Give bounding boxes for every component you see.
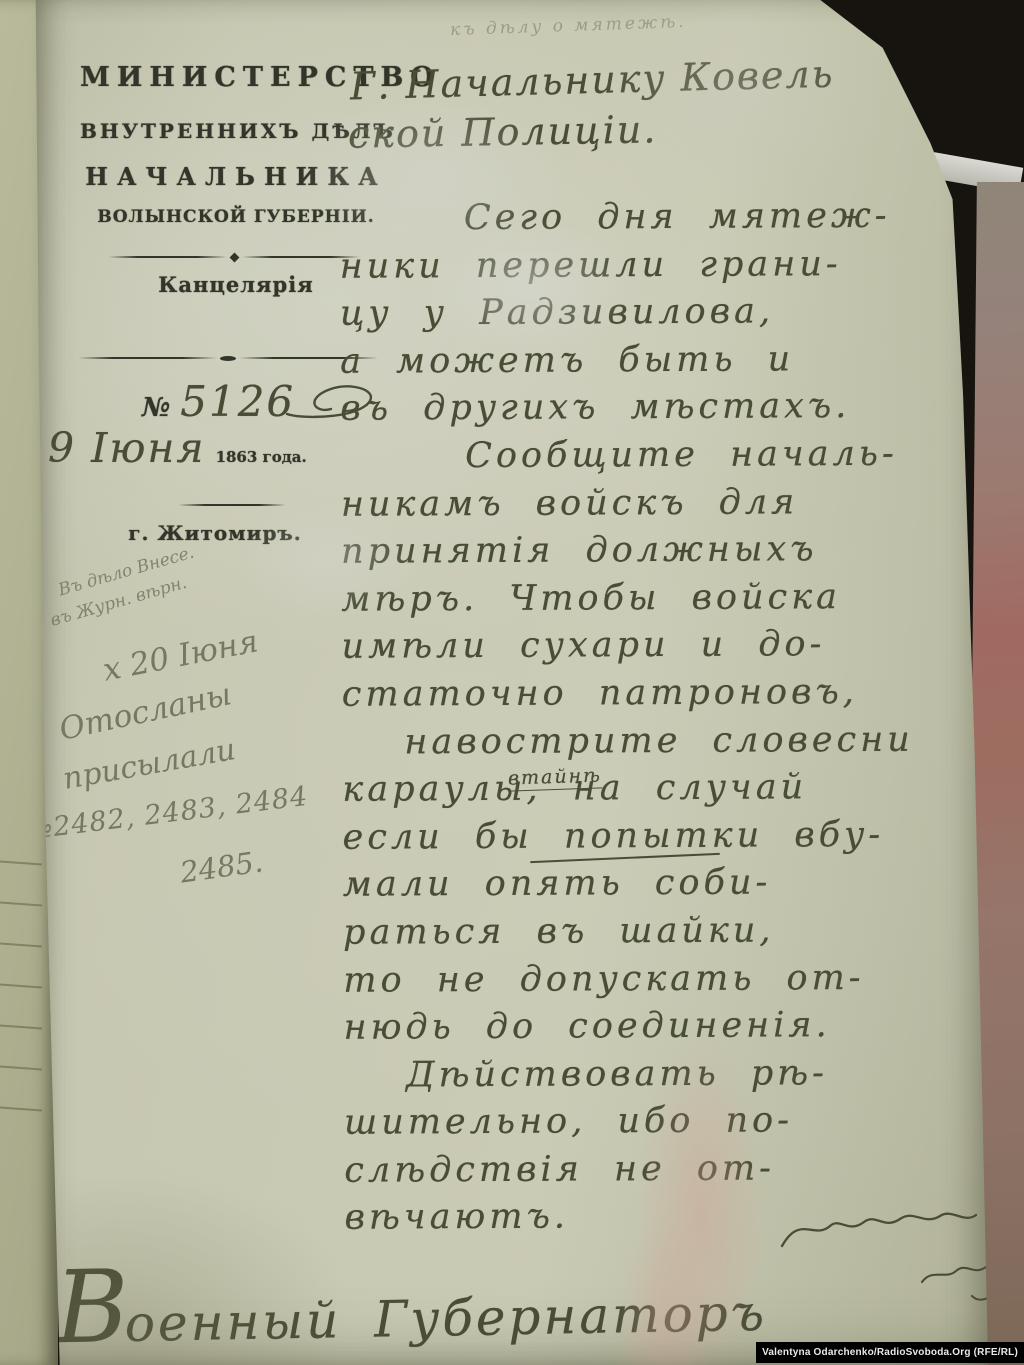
date-printed-year: 1863 года.: [216, 448, 307, 466]
handwritten-line: навострите словесни: [342, 716, 1004, 767]
handwritten-line: шительно, ибо по-: [344, 1097, 1006, 1148]
ledger-rule-line: [0, 1066, 42, 1071]
handwritten-line: мѣръ. Чтобы войска: [341, 573, 1003, 624]
document-date-row: 9 Іюня 1863 года.: [48, 424, 307, 472]
document-number-value: 5126: [180, 377, 295, 426]
margin-note-numbers2: 2485.: [178, 844, 265, 889]
handwritten-line: Сего дня мятеж-: [339, 192, 1001, 243]
ledger-rule-line: [0, 861, 42, 866]
divider-bar: [78, 357, 217, 359]
ledger-rule-line: [0, 902, 42, 907]
handwritten-line: никамъ войскъ для: [341, 478, 1003, 529]
letterhead-divider-2: [78, 353, 378, 363]
signature-title: Военный Губернаторъ: [54, 1237, 768, 1365]
divider-bar: [108, 256, 227, 258]
handwritten-line: мали опять соби-: [343, 859, 1005, 910]
handwritten-line: статочно патроновъ,: [342, 668, 1004, 719]
handwritten-line: нюдь до соединенія.: [343, 1001, 1005, 1052]
letterhead-ministry-line2: ВНУТРЕННИХЪ ДѢЛЪ: [80, 119, 392, 143]
handwritten-line: имѣли сухари и до-: [342, 621, 1004, 672]
photo-credit-watermark: Valentyna Odarchenko/RadioSvoboda.Org (R…: [756, 1342, 1024, 1363]
insertion-word: втайнѣ: [508, 764, 603, 791]
addressee-line1: Г. Начальнику Ковель: [350, 52, 835, 109]
margin-note-date: х 20 Іюня: [100, 623, 261, 688]
short-divider: [178, 500, 286, 510]
handwritten-line: въ другихъ мѣстахъ.: [340, 383, 1002, 434]
lens-ornament-icon: [220, 356, 236, 361]
filing-note: Въ дѣло Внесе. въ Журн. вѣрн.: [55, 540, 205, 631]
handwritten-line: ники перешли грани-: [340, 240, 1002, 291]
handwritten-line: раться въ шайки,: [343, 906, 1005, 957]
divider-bar: [178, 504, 286, 506]
addressee-line2: ской Полиціи.: [348, 107, 658, 156]
ledger-rule-line: [0, 1107, 42, 1112]
diamond-ornament-icon: [229, 252, 239, 262]
handwritten-line: а можетъ быть и: [340, 335, 1002, 386]
governor-signature-scrawl: [772, 1200, 1012, 1330]
document-page: МИНИСТЕРСТВО ВНУТРЕННИХЪ ДѢЛЪ НАЧАЛЬНИКА…: [30, 0, 988, 1365]
handwritten-line: цу у Радзивилова,: [340, 287, 1002, 338]
top-pencil-note: къ дѣлу о мятежѣ.: [450, 12, 687, 40]
handwritten-line: Дѣйствовать рѣ-: [344, 1049, 1006, 1100]
number-sign: №: [142, 393, 170, 423]
handwritten-line: Сообщите началь-: [341, 430, 1003, 481]
handwritten-line: слѣдствія не от-: [344, 1144, 1006, 1195]
ledger-rule-line: [0, 943, 42, 948]
body-text: Сего дня мятеж-ники перешли грани-цу у Р…: [339, 192, 1006, 1243]
handwritten-line: принятія должныхъ: [341, 525, 1003, 576]
letterhead-ministry-line1: МИНИСТЕРСТВО: [80, 62, 392, 93]
archival-document-photo: МИНИСТЕРСТВО ВНУТРЕННИХЪ ДѢЛЪ НАЧАЛЬНИКА…: [0, 0, 1024, 1365]
handwritten-line: караулы, на случай: [342, 763, 1004, 814]
letterhead-divider-ornament: [108, 252, 360, 262]
place-line: г. Житомиръ.: [90, 521, 340, 545]
letterhead-office-holder: НАЧАЛЬНИКА: [80, 162, 392, 191]
handwritten-line: то не допускать от-: [343, 954, 1005, 1005]
ledger-rule-line: [0, 984, 42, 989]
date-handwritten: 9 Іюня: [48, 424, 206, 472]
ledger-rule-line: [0, 1025, 42, 1030]
